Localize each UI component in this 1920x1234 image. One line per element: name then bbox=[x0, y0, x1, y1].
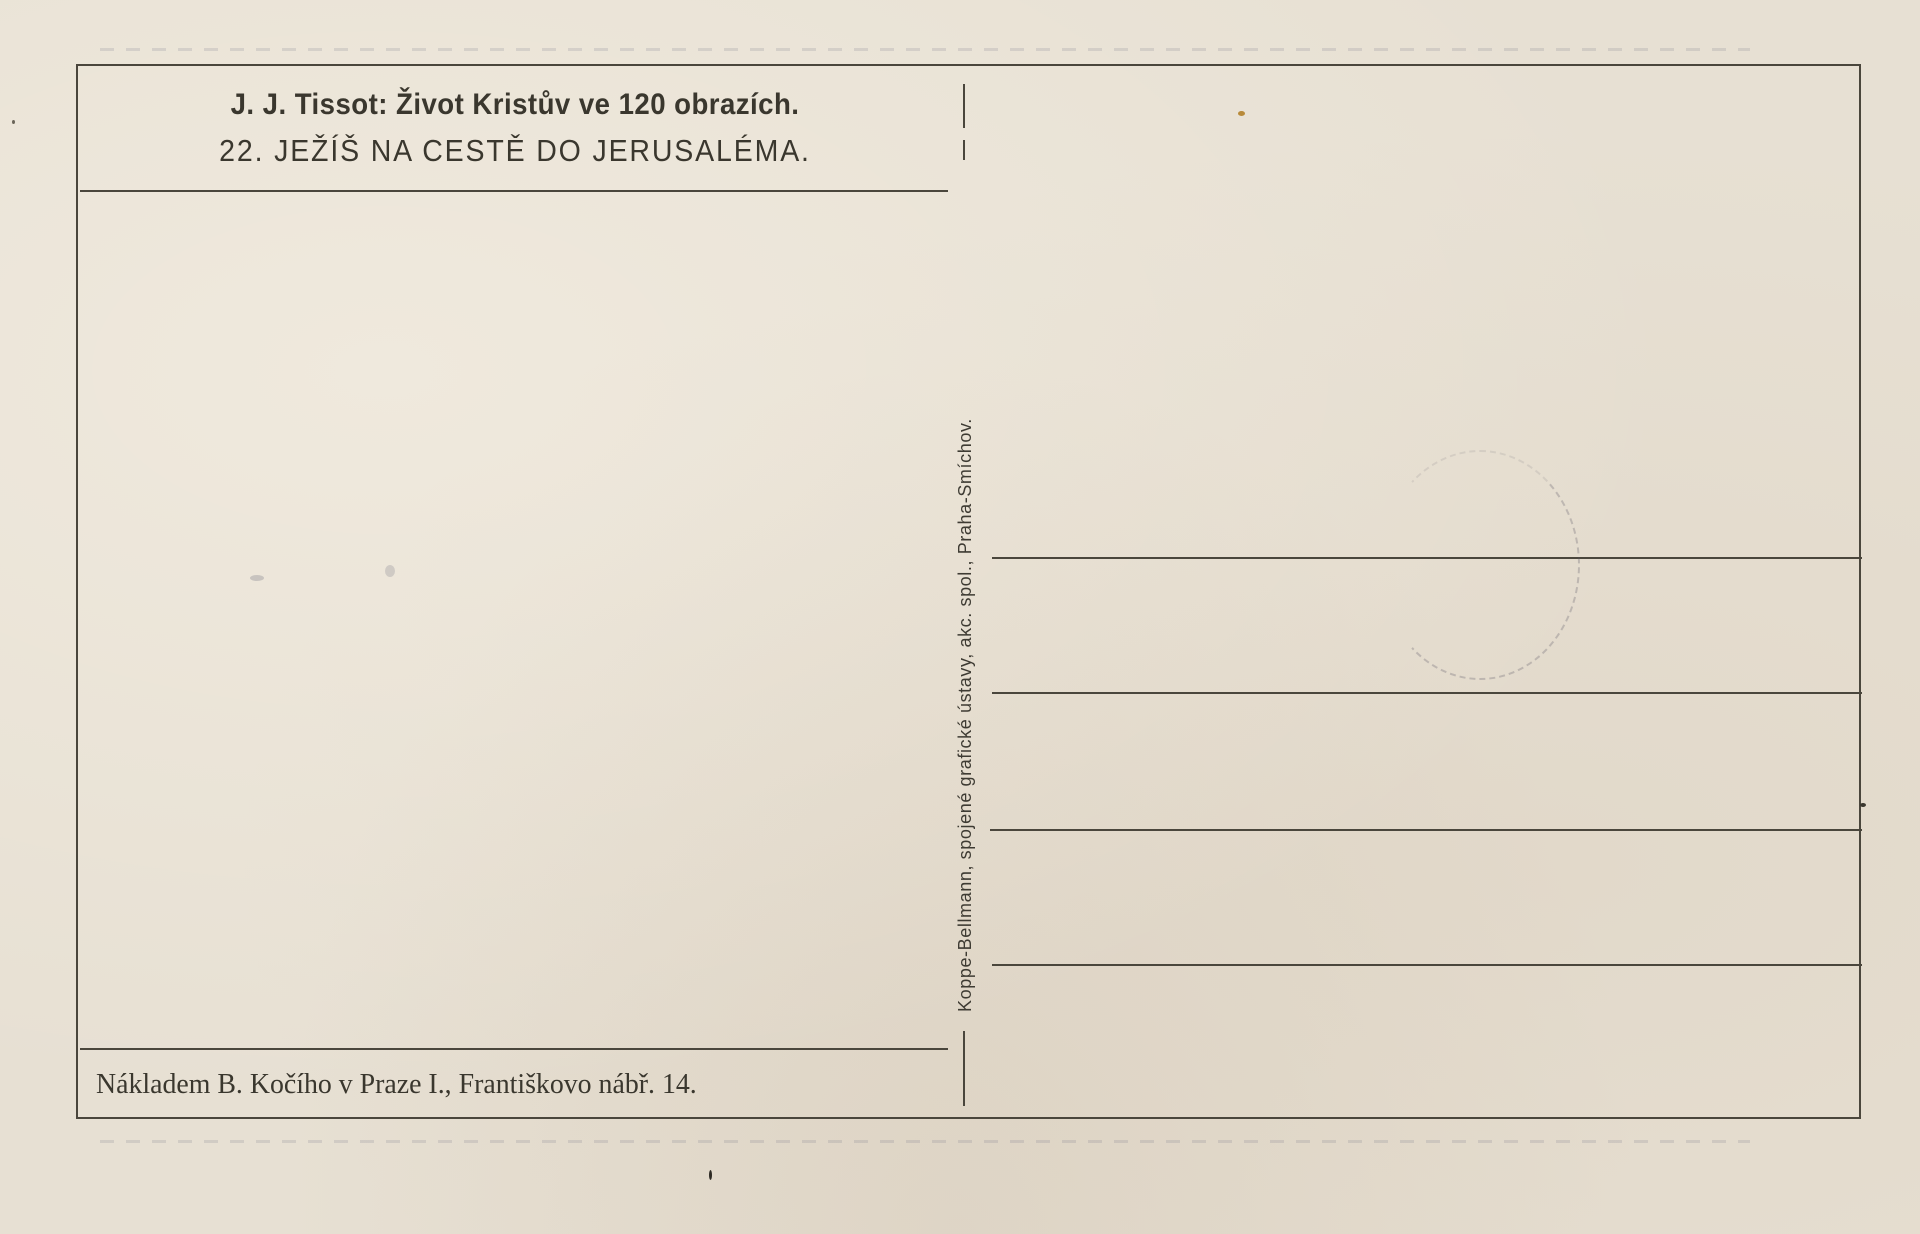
printer-credit: Koppe-Bellmann, spojené grafické ústavy,… bbox=[955, 182, 976, 1012]
center-divider-bottom bbox=[963, 1031, 965, 1106]
ink-speck bbox=[1860, 803, 1866, 807]
center-divider-top-2 bbox=[963, 140, 965, 160]
ink-speck bbox=[709, 1170, 712, 1180]
address-line-4 bbox=[992, 964, 1862, 966]
postmark-icon bbox=[1380, 450, 1580, 680]
address-line-2 bbox=[992, 692, 1862, 694]
series-title: J. J. Tissot: Život Kristův ve 120 obraz… bbox=[152, 88, 879, 122]
ink-speck bbox=[250, 575, 264, 581]
footer-divider bbox=[80, 1048, 948, 1050]
bleed-through-top bbox=[100, 48, 1750, 51]
ink-speck bbox=[1238, 111, 1245, 116]
ink-speck bbox=[12, 120, 15, 124]
address-line-3 bbox=[990, 829, 1862, 831]
header-divider bbox=[80, 190, 948, 192]
picture-title: 22. JEŽÍŠ NA CESTĚ DO JERUSALÉMA. bbox=[152, 133, 879, 169]
publisher-line: Nákladem B. Kočího v Praze I., Františko… bbox=[96, 1068, 902, 1101]
bleed-through-bottom bbox=[100, 1140, 1750, 1143]
ink-speck bbox=[385, 565, 395, 577]
center-divider-top bbox=[963, 84, 965, 128]
